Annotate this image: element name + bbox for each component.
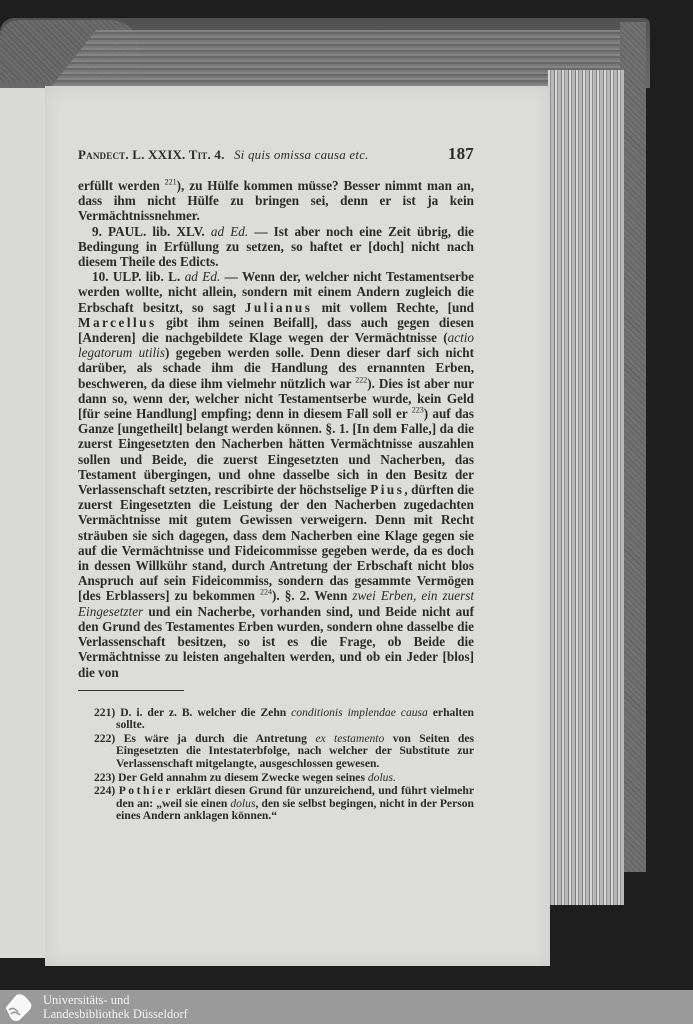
running-head: Pandect. L. XXIX. Tit. 4. Si quis omissa… (78, 144, 474, 164)
name-julianus: Julianus (245, 300, 313, 315)
footnote-223: 223) Der Geld annahm zu diesem Zwecke we… (94, 772, 474, 785)
name-marcellus: Marcellus (78, 315, 157, 330)
library-footer: Universitäts- und Landesbibliothek Düsse… (0, 990, 693, 1024)
running-head-section: Pandect. L. XXIX. Tit. 4. (78, 147, 225, 162)
page-number: 187 (448, 144, 474, 164)
library-name[interactable]: Universitäts- und Landesbibliothek Düsse… (43, 993, 188, 1021)
book-scan: Pandect. L. XXIX. Tit. 4. Si quis omissa… (0, 0, 693, 990)
footnote-222: 222) Es wäre ja durch die Antretung ex t… (94, 733, 474, 771)
page-edges-top (50, 30, 630, 88)
page-content: Pandect. L. XXIX. Tit. 4. Si quis omissa… (78, 144, 474, 824)
footnote-ref: 221 (165, 178, 177, 187)
running-head-left: Pandect. L. XXIX. Tit. 4. Si quis omissa… (78, 147, 369, 163)
footnote-ref: 223 (412, 406, 424, 415)
paragraph-2: 9. PAUL. lib. XLV. ad Ed. — Ist aber noc… (78, 224, 474, 270)
footnote-divider (78, 690, 184, 691)
body-text: erfüllt werden 221), zu Hülfe kommen müs… (78, 178, 474, 680)
footnotes: 221) D. i. der z. B. welcher die Zehn co… (78, 707, 474, 823)
footnote-224: 224) Pothier erklärt diesen Grund für un… (94, 785, 474, 823)
page-edges-right (548, 70, 624, 905)
library-name-line1: Universitäts- und (43, 993, 188, 1007)
name-pius: Pius (370, 482, 404, 497)
footnote-ref: 224 (260, 588, 272, 597)
paragraph-1: erfüllt werden 221), zu Hülfe kommen müs… (78, 178, 474, 224)
library-name-line2: Landesbibliothek Düsseldorf (43, 1007, 188, 1021)
footnote-221: 221) D. i. der z. B. welcher die Zehn co… (94, 707, 474, 732)
paragraph-3: 10. ULP. lib. L. ad Ed. — Wenn der, welc… (78, 269, 474, 679)
book-logo-icon[interactable] (3, 992, 33, 1022)
left-page-sliver (0, 88, 47, 958)
footnote-ref: 222 (355, 375, 367, 384)
page: Pandect. L. XXIX. Tit. 4. Si quis omissa… (45, 86, 550, 966)
running-head-title: Si quis omissa causa etc. (234, 147, 369, 162)
